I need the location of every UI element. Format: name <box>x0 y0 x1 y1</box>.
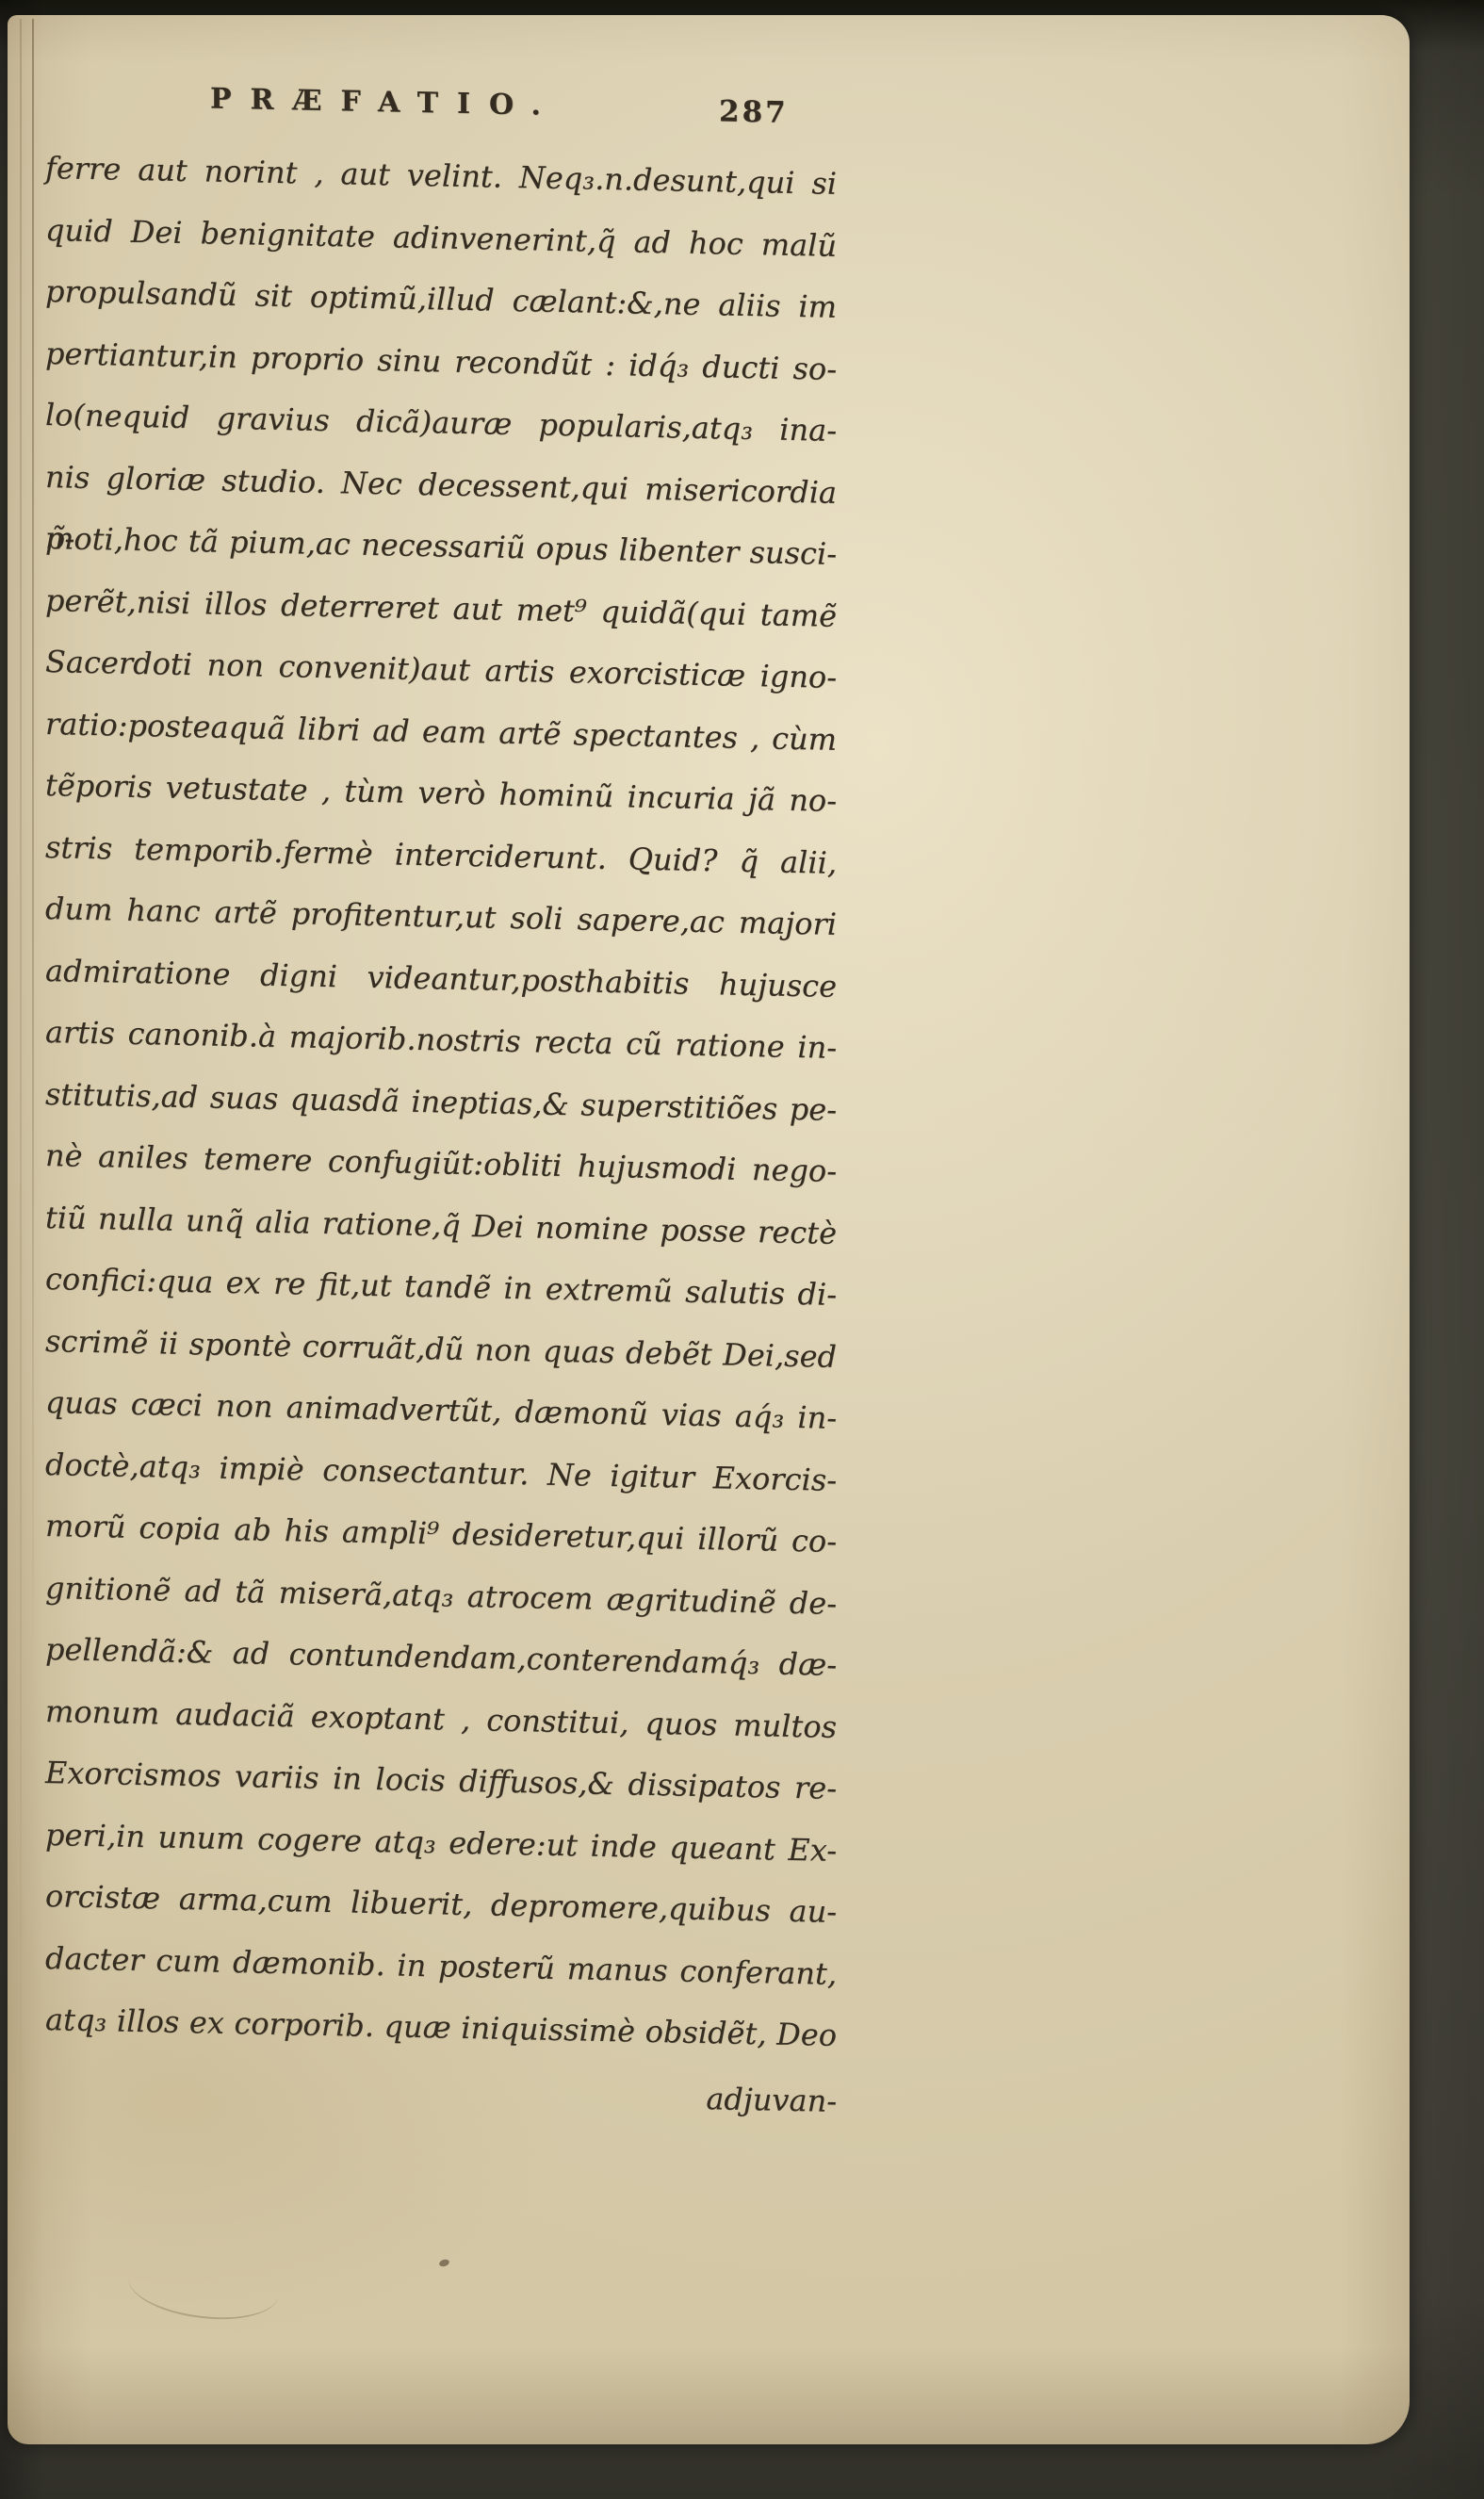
paper-scratch-mark <box>125 2246 283 2327</box>
page-edge-line <box>20 19 22 2205</box>
catchword-row: adjuvan- <box>45 2055 837 2132</box>
ink-speck <box>438 2258 450 2267</box>
page-header: PRÆFATIO. 287 <box>45 79 841 146</box>
page-title: PRÆFATIO. <box>210 83 560 122</box>
book-page: PRÆFATIO. 287 ferre aut norint , aut vel… <box>8 15 1410 2444</box>
page-content: PRÆFATIO. 287 ferre aut norint , aut vel… <box>45 79 841 2132</box>
scan-backdrop: PRÆFATIO. 287 ferre aut norint , aut vel… <box>0 0 1484 2499</box>
text-block: ferre aut norint , aut velint. Neq₃.n.de… <box>45 138 837 2066</box>
catchword: adjuvan- <box>706 2081 837 2119</box>
page-number: 287 <box>719 94 789 129</box>
page-edge-line <box>32 19 34 1671</box>
